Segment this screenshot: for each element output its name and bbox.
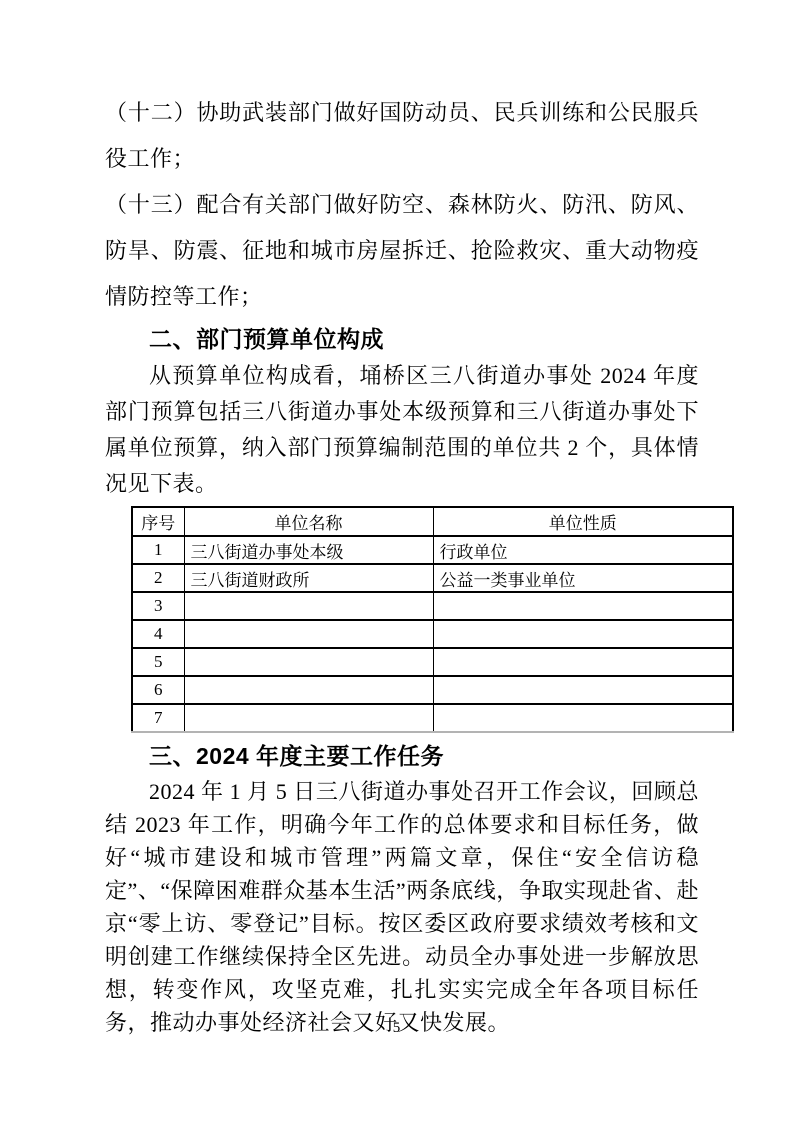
cell-unit-name [184, 648, 433, 676]
section-3-heading: 三、2024 年度主要工作任务 [105, 737, 699, 775]
cell-unit-type [433, 704, 733, 732]
cell-unit-name: 三八街道财政所 [184, 564, 433, 592]
table-row: 3 [132, 592, 733, 620]
cell-serial: 3 [132, 592, 184, 620]
budget-units-table: 序号 单位名称 单位性质 1 三八街道办事处本级 行政单位 2 三八街道财政所 … [131, 506, 734, 733]
cell-serial: 6 [132, 676, 184, 704]
table-header-serial: 序号 [132, 507, 184, 536]
document-body: （十二）协助武装部门做好国防动员、民兵训练和公民服兵役工作； （十三）配合有关部… [105, 90, 699, 1039]
cell-unit-type [433, 676, 733, 704]
table-row: 2 三八街道财政所 公益一类事业单位 [132, 564, 733, 592]
cell-unit-name [184, 620, 433, 648]
table-row: 6 [132, 676, 733, 704]
cell-unit-type: 行政单位 [433, 536, 733, 564]
cell-unit-type [433, 648, 733, 676]
cell-serial: 5 [132, 648, 184, 676]
table-header-row: 序号 单位名称 单位性质 [132, 507, 733, 536]
paragraph-item-12: （十二）协助武装部门做好国防动员、民兵训练和公民服兵役工作； [105, 90, 699, 182]
cell-unit-name: 三八街道办事处本级 [184, 536, 433, 564]
table-header-unit-name: 单位名称 [184, 507, 433, 536]
table-header-unit-type: 单位性质 [433, 507, 733, 536]
cell-unit-type [433, 620, 733, 648]
cell-serial: 1 [132, 536, 184, 564]
paragraph-item-13: （十三）配合有关部门做好防空、森林防火、防汛、防风、防旱、防震、征地和城市房屋拆… [105, 182, 699, 320]
table-row: 4 [132, 620, 733, 648]
section-3-paragraph: 2024 年 1 月 5 日三八街道办事处召开工作会议，回顾总结 2023 年工… [105, 775, 699, 1039]
document-page: { "page": { "number": "5" }, "colors": {… [0, 0, 793, 1122]
table-row: 1 三八街道办事处本级 行政单位 [132, 536, 733, 564]
cell-unit-type: 公益一类事业单位 [433, 564, 733, 592]
section-2-paragraph: 从预算单位构成看，埇桥区三八街道办事处 2024 年度部门预算包括三八街道办事处… [105, 358, 699, 502]
table-row: 7 [132, 704, 733, 732]
cell-unit-name [184, 676, 433, 704]
table-row: 5 [132, 648, 733, 676]
cell-unit-name [184, 592, 433, 620]
cell-serial: 4 [132, 620, 184, 648]
page-number: 5 [0, 1020, 793, 1037]
section-2-heading: 二、部门预算单位构成 [105, 320, 699, 358]
cell-unit-name [184, 704, 433, 732]
cell-unit-type [433, 592, 733, 620]
cell-serial: 2 [132, 564, 184, 592]
cell-serial: 7 [132, 704, 184, 732]
